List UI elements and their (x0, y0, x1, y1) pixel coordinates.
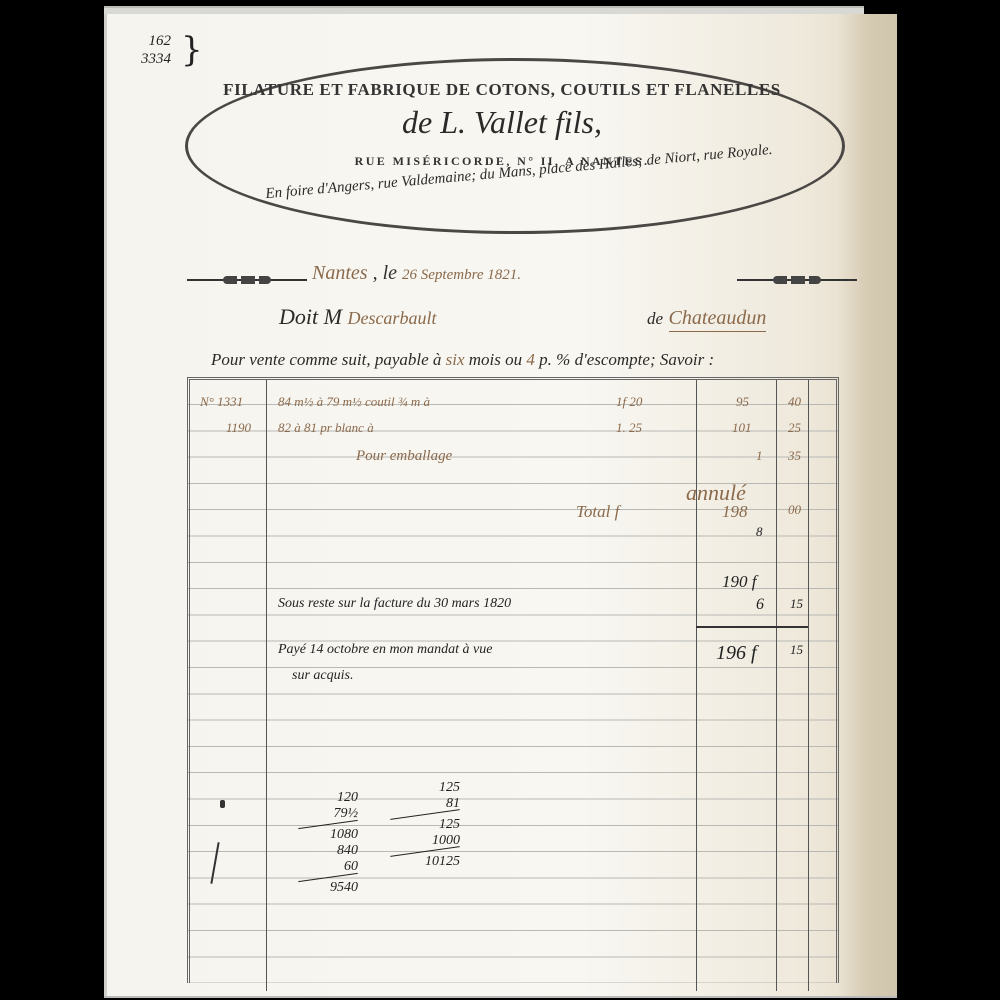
terms-months: six (446, 350, 465, 369)
ledger-row: Sous reste sur la facture du 30 mars 182… (196, 596, 830, 618)
ledger-total-row: Total f 198 00 (196, 502, 830, 524)
ledger-subtotal-row: 190 f (196, 572, 830, 594)
subtotal-amount: 190 f (722, 572, 756, 592)
ornament-divider-right (737, 279, 857, 281)
payment-terms: Pour vente comme suit, payable à six moi… (211, 350, 714, 370)
deduction-amount: 8 (756, 524, 763, 540)
row-unit-price: 1f 20 (616, 394, 642, 410)
row-description: Sous reste sur la facture du 30 mars 182… (278, 596, 511, 612)
terms-middle: mois ou (469, 350, 522, 369)
debtor-line: Doit M Descarbault (279, 304, 436, 330)
letterhead-company: de L. Vallet fils, (107, 104, 897, 141)
grand-total-cents: 15 (790, 642, 803, 658)
pin-icon (210, 842, 219, 884)
debtor-city: Chateaudun (669, 307, 767, 332)
brace-icon: } (181, 32, 203, 68)
row-cents: 35 (788, 448, 801, 464)
calc-value: 60 (298, 859, 358, 875)
pin-head-icon (220, 800, 225, 808)
ledger-table: N° 1331 84 m½ à 79 m½ coutil ¾ m à 1f 20… (187, 377, 839, 983)
ledger-row: N° 1331 84 m½ à 79 m½ coutil ¾ m à 1f 20… (196, 394, 830, 416)
terms-suffix: p. % d'escompte; Savoir : (539, 350, 714, 369)
row-amount: 6 (756, 596, 764, 614)
calc-value: 1080 (298, 827, 358, 843)
grand-total-amount: 196 f (716, 642, 757, 665)
place-date: Nantes , le 26 Septembre 1821. (312, 262, 521, 285)
ornament-divider-left (187, 279, 307, 281)
margin-calculation: 125 81 125 1000 10125 (390, 780, 460, 870)
letterhead-business: FILATURE ET FABRIQUE DE COTONS, COUTILS … (107, 80, 897, 100)
debtor-name: Descarbault (347, 308, 436, 328)
row-description: sur acquis. (292, 668, 353, 684)
row-description: 82 à 81 pr blanc à (278, 420, 374, 436)
date-connector: , le (373, 262, 397, 284)
terms-prefix: Pour vente comme suit, payable à (211, 350, 441, 369)
total-cents: 00 (788, 502, 801, 518)
reference-number: 162 (141, 32, 171, 50)
row-cents: 40 (788, 394, 801, 410)
calc-value: 125 (390, 780, 460, 796)
calc-value: 125 (390, 817, 460, 833)
reference-numbers: 162 3334 (141, 32, 171, 68)
place: Nantes (312, 262, 368, 284)
debtor-city-line: de Chateaudun (647, 304, 766, 330)
row-cents: 25 (788, 420, 801, 436)
row-ref: 1190 (226, 420, 251, 436)
row-amount: 1 (756, 448, 763, 464)
row-description: 84 m½ à 79 m½ coutil ¾ m à (278, 394, 430, 410)
invoice-sheet: 162 3334 } FILATURE ET FABRIQUE DE COTON… (104, 14, 897, 996)
calc-value: 840 (298, 843, 358, 859)
row-amount: 101 (732, 420, 752, 436)
ledger-payment-row: Payé 14 octobre en mon mandat à vue 196 … (196, 642, 830, 664)
row-description: Pour emballage (356, 448, 452, 465)
signature-row: annulé (196, 480, 830, 502)
row-ref: N° 1331 (200, 394, 243, 410)
terms-discount: 4 (526, 350, 535, 369)
total-label: Total f (576, 502, 619, 522)
margin-calculation: 120 79½ 1080 840 60 9540 (298, 790, 358, 896)
reference-number: 3334 (141, 50, 171, 68)
ledger-deduction-row: 8 (196, 524, 830, 546)
ledger-row: sur acquis. (196, 668, 830, 690)
ledger-row: Pour emballage 1 35 (196, 448, 830, 470)
ledger-row: 1190 82 à 81 pr blanc à 1. 25 101 25 (196, 420, 830, 442)
calc-value: 79½ (298, 806, 358, 822)
sum-rule (696, 626, 808, 628)
calc-value: 10125 (390, 854, 460, 870)
total-amount: 198 (722, 502, 748, 522)
row-cents: 15 (790, 596, 803, 612)
row-description: Payé 14 octobre en mon mandat à vue (278, 642, 492, 658)
calc-value: 9540 (298, 880, 358, 896)
row-amount: 95 (736, 394, 749, 410)
city-prefix: de (647, 309, 663, 328)
debtor-prefix: Doit M (279, 304, 342, 329)
calc-value: 120 (298, 790, 358, 806)
row-unit-price: 1. 25 (616, 420, 642, 436)
date: 26 Septembre 1821. (402, 267, 521, 283)
